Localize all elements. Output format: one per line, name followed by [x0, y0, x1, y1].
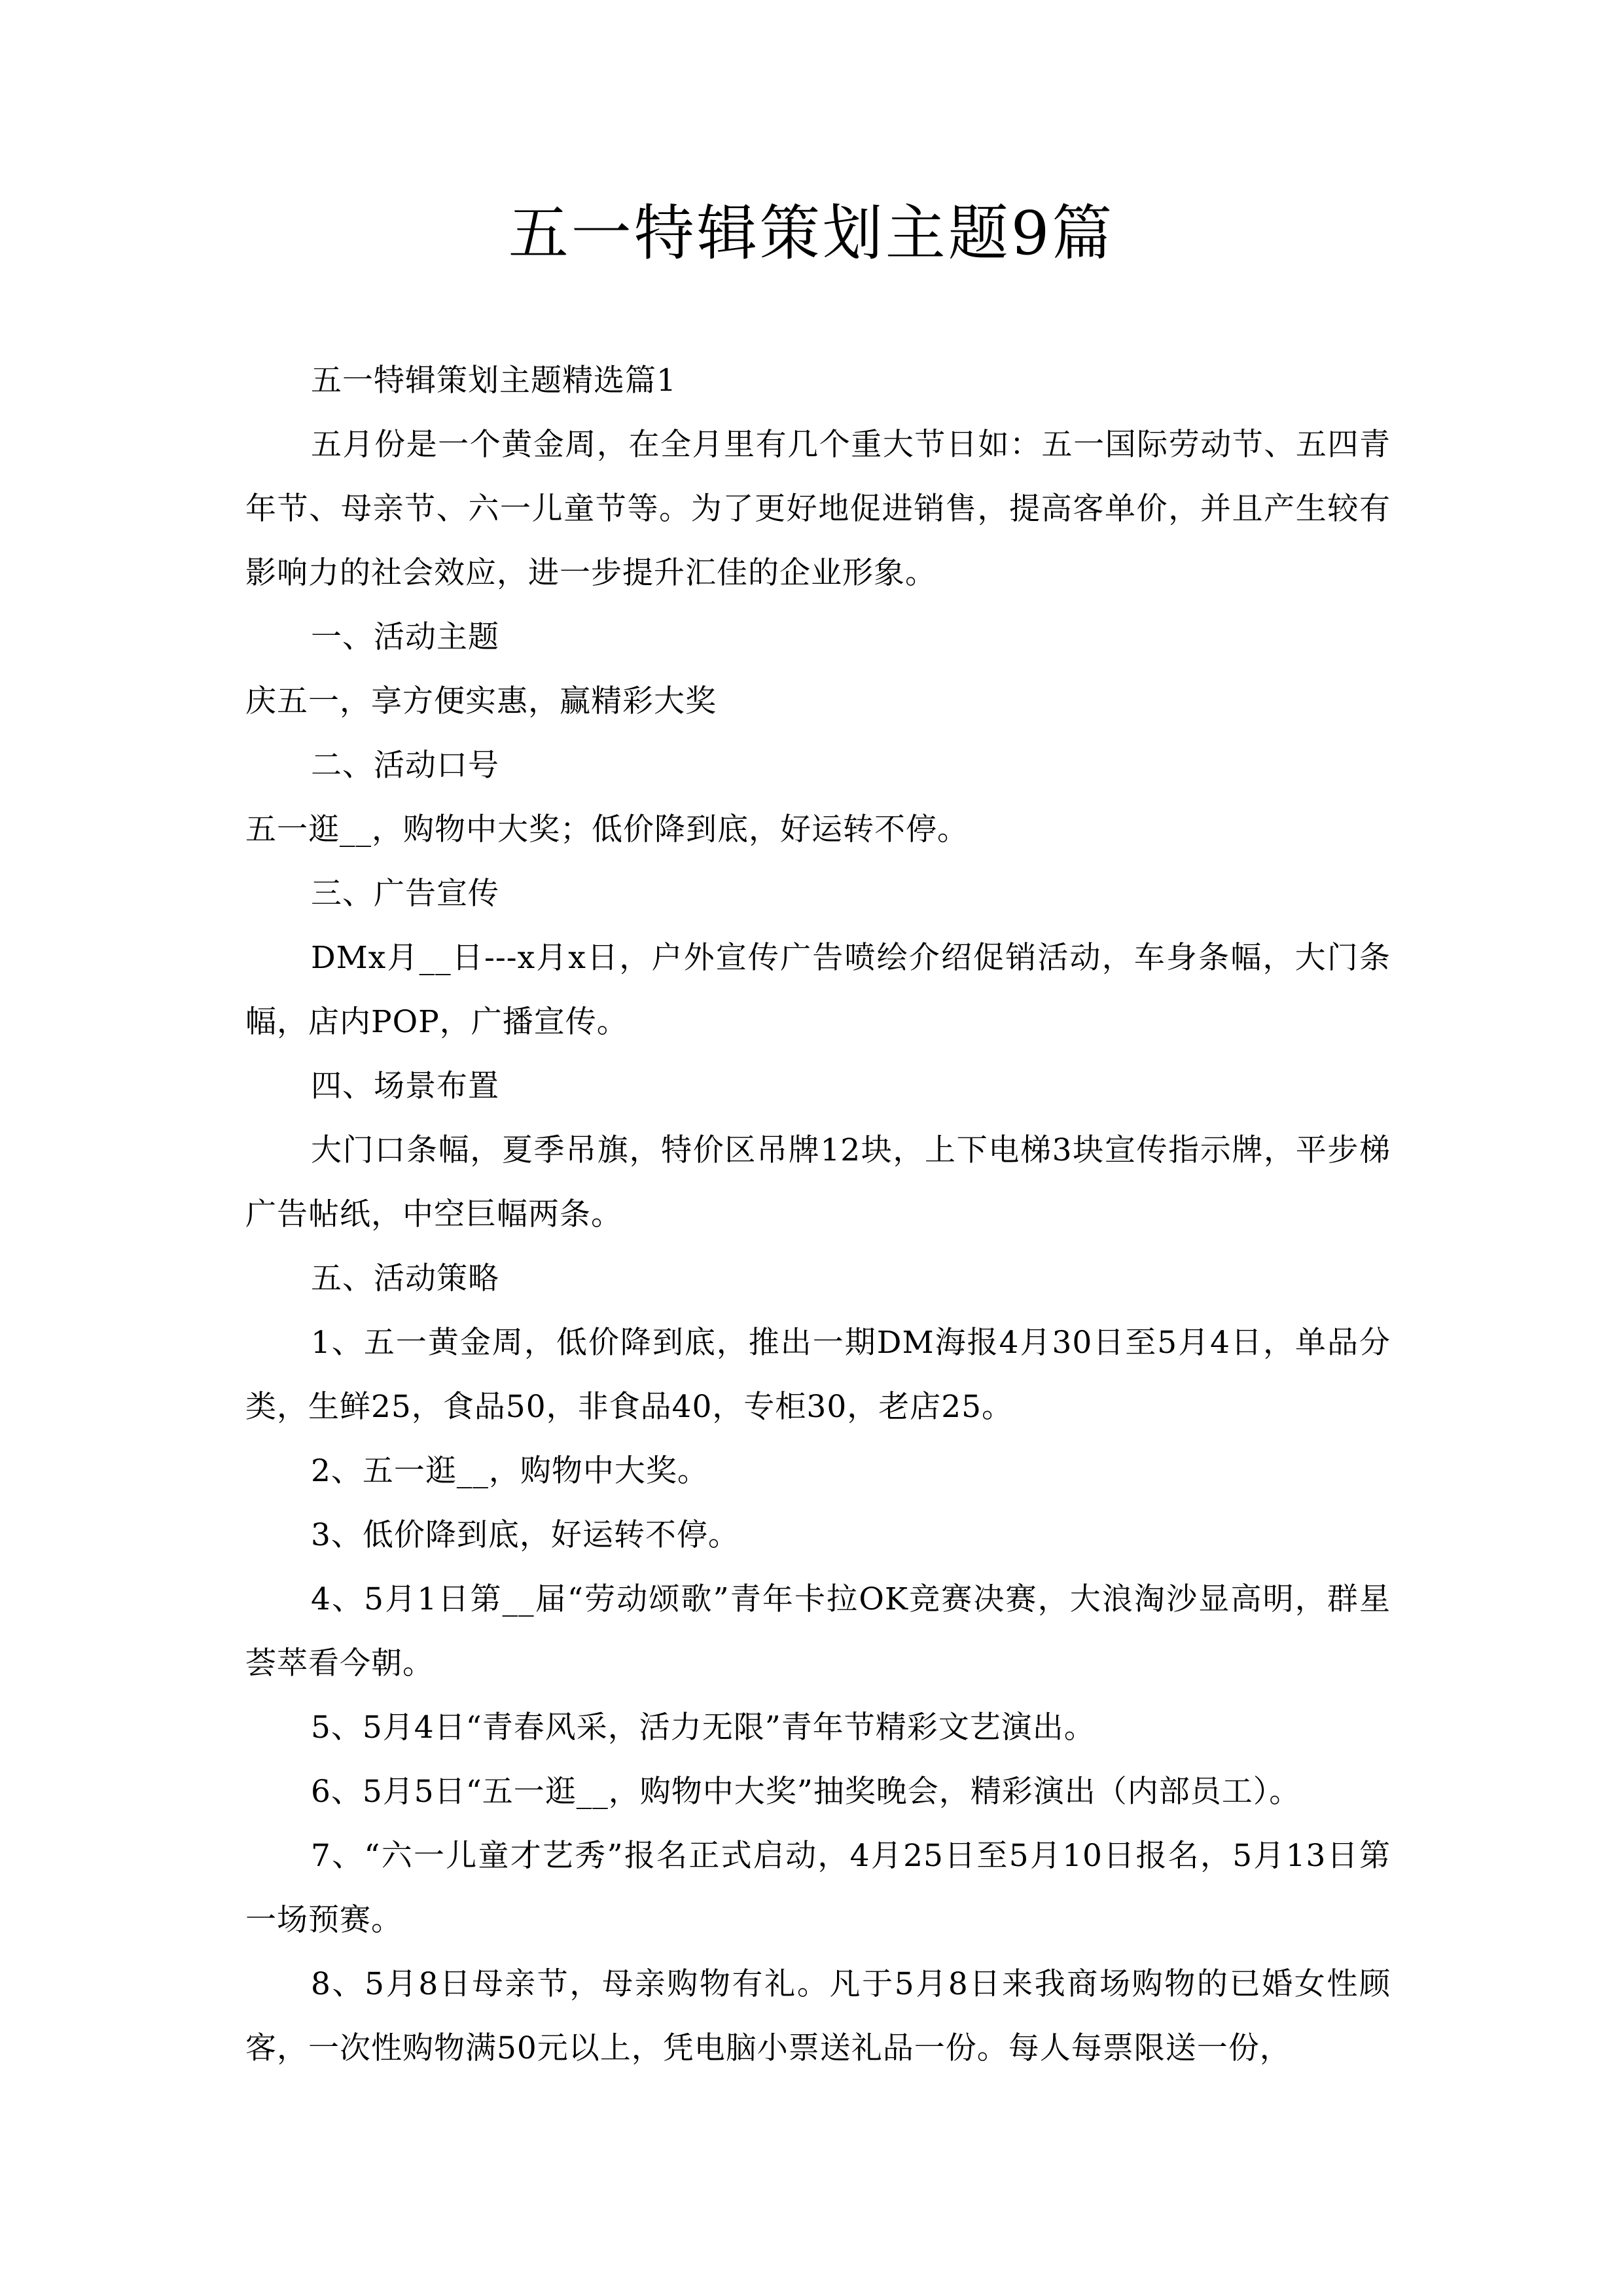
scene-layout-text: 大门口条幅，夏季吊旗，特价区吊牌12块，上下电梯3块宣传指示牌，平步梯广告帖纸，…	[245, 1119, 1391, 1247]
section-heading-article-1: 五一特辑策划主题精选篇1	[245, 349, 1391, 413]
section-heading-advertising: 三、广告宣传	[245, 862, 1391, 926]
section-heading-slogan: 二、活动口号	[245, 734, 1391, 798]
strategy-item-3: 3、低价降到底，好运转不停。	[245, 1503, 1391, 1568]
document-page: 五一特辑策划主题9篇 五一特辑策划主题精选篇1 五月份是一个黄金周，在全月里有几…	[0, 0, 1623, 2296]
strategy-item-4: 4、5月1日第__届“劳动颂歌”青年卡拉OK竞赛决赛，大浪淘沙显高明，群星荟萃看…	[245, 1568, 1391, 1696]
section-heading-scene-layout: 四、场景布置	[245, 1054, 1391, 1119]
strategy-item-6: 6、5月5日“五一逛__，购物中大奖”抽奖晚会，精彩演出（内部员工）。	[245, 1760, 1391, 1824]
strategy-item-5: 5、5月4日“青春风采，活力无限”青年节精彩文艺演出。	[245, 1696, 1391, 1760]
strategy-item-2: 2、五一逛__，购物中大奖。	[245, 1439, 1391, 1503]
intro-paragraph: 五月份是一个黄金周，在全月里有几个重大节日如：五一国际劳动节、五四青年节、母亲节…	[245, 413, 1391, 605]
strategy-item-1: 1、五一黄金周，低价降到底，推出一期DM海报4月30日至5月4日，单品分类，生鲜…	[245, 1311, 1391, 1439]
document-body: 五一特辑策划主题精选篇1 五月份是一个黄金周，在全月里有几个重大节日如：五一国际…	[245, 349, 1391, 2081]
theme-text: 庆五一，享方便实惠，赢精彩大奖	[245, 670, 1391, 734]
section-heading-theme: 一、活动主题	[245, 605, 1391, 670]
document-title: 五一特辑策划主题9篇	[0, 191, 1623, 276]
advertising-text: DMx月__日---x月x日，户外宣传广告喷绘介绍促销活动，车身条幅，大门条幅，…	[245, 926, 1391, 1054]
strategy-item-7: 7、“六一儿童才艺秀”报名正式启动，4月25日至5月10日报名，5月13日第一场…	[245, 1824, 1391, 1952]
slogan-text: 五一逛__，购物中大奖；低价降到底，好运转不停。	[245, 798, 1391, 862]
section-heading-strategy: 五、活动策略	[245, 1247, 1391, 1311]
strategy-item-8: 8、5月8日母亲节，母亲购物有礼。凡于5月8日来我商场购物的已婚女性顾客，一次性…	[245, 1952, 1391, 2081]
